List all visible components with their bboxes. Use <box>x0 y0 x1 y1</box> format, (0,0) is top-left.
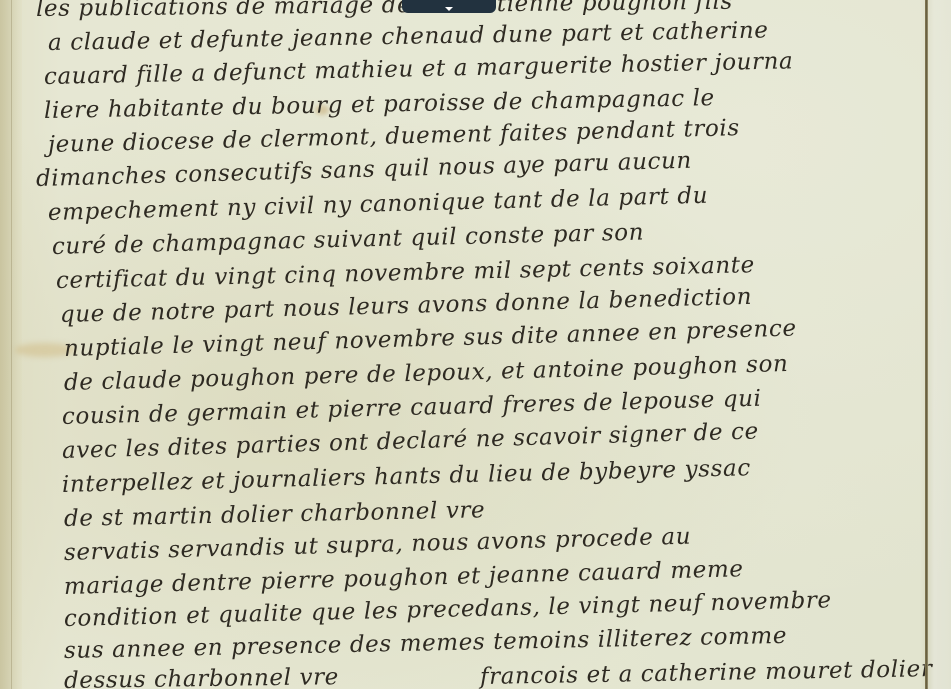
page-edge <box>925 0 928 689</box>
manuscript-line: francois et a catherine mouret dolier <box>480 656 933 689</box>
toolbar-toggle-button[interactable] <box>402 0 496 13</box>
chevron-down-icon <box>445 7 453 11</box>
manuscript-line: interpellez et journaliers hants du lieu… <box>62 455 751 498</box>
manuscript-line: les publications de mariage dentre estie… <box>36 0 733 22</box>
manuscript-line: cauard fille a defunct mathieu et a marg… <box>44 48 794 90</box>
manuscript-image-viewer[interactable]: les publications de mariage dentre estie… <box>0 0 951 689</box>
manuscript-line: de st martin dolier charbonnel vre <box>64 497 486 532</box>
manuscript-line: curé de champagnac suivant quil conste p… <box>52 220 645 260</box>
manuscript-line: dessus charbonnel vre <box>64 664 339 689</box>
manuscript-page: les publications de mariage dentre estie… <box>0 0 925 689</box>
